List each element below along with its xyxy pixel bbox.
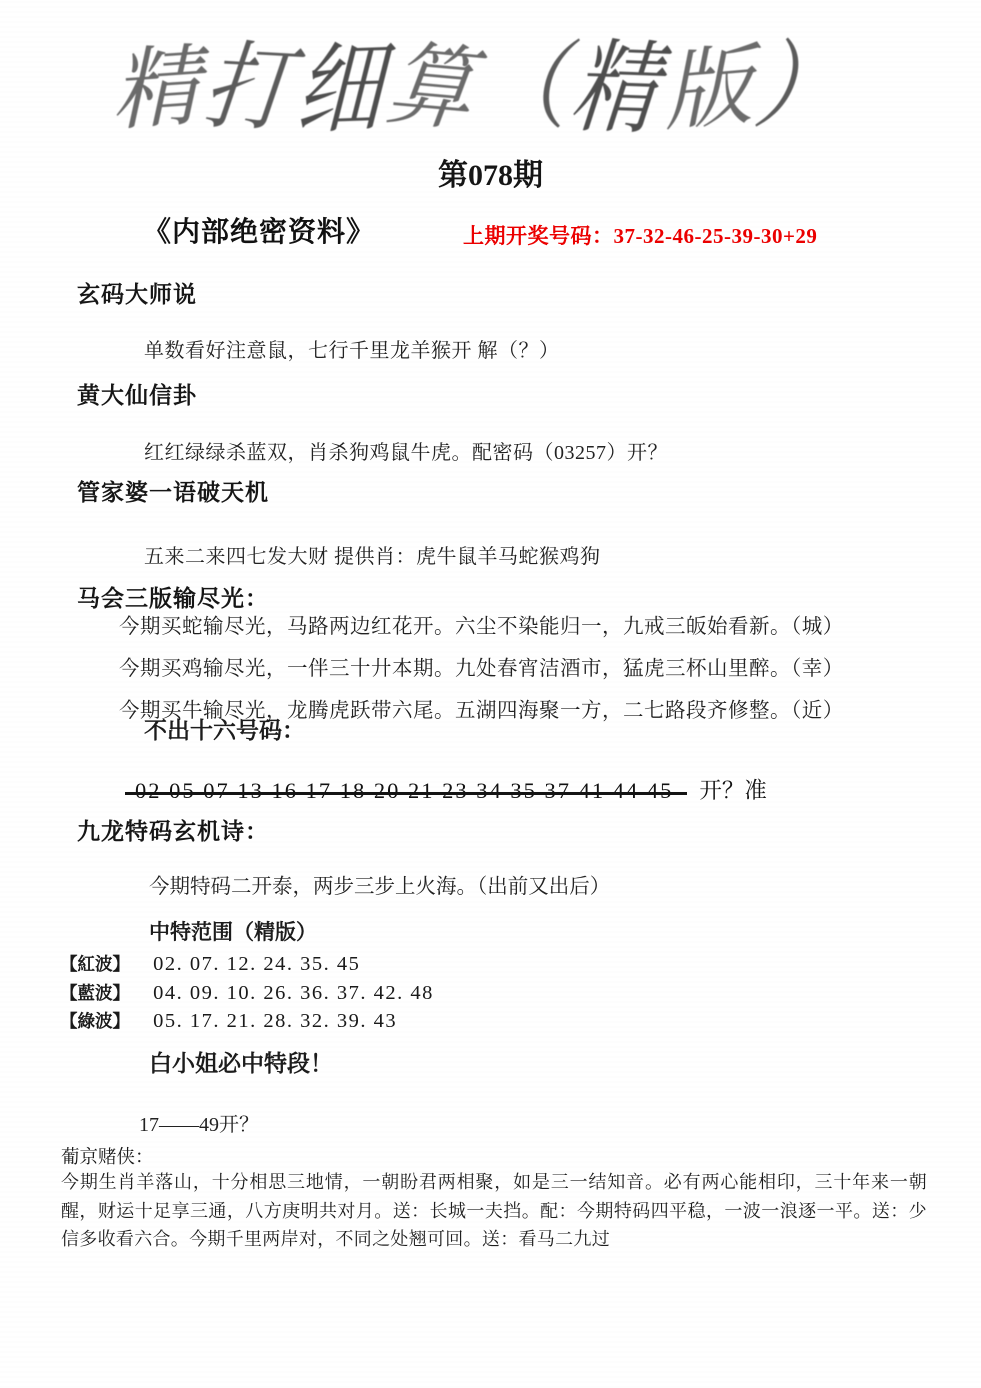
wave-numbers-red: 02. 07. 12. 24. 35. 45 xyxy=(153,953,360,975)
wave-numbers-blue: 04. 09. 10. 26. 36. 37. 42. 48 xyxy=(153,982,434,1004)
wave-label-blue: 【藍波】 xyxy=(60,979,148,1008)
wave-number-list: 【紅波】 02. 07. 12. 24. 35. 45 【藍波】 04. 09.… xyxy=(60,950,434,1036)
wave-row-blue: 【藍波】 04. 09. 10. 26. 36. 37. 42. 48 xyxy=(60,979,434,1008)
last-draw-numbers: 上期开奖号码：37-32-46-25-39-30+29 xyxy=(463,220,817,250)
section-heading-huangdaxian: 黄大仙信卦 xyxy=(77,377,197,410)
zhongte-range-heading: 中特范围（精版） xyxy=(149,916,317,946)
section-body-xuanma: 单数看好注意鼠，七行千里龙羊猴开 解（？） xyxy=(144,334,560,363)
section-body-guanjiapo: 五来二来四七发大财 提供肖：虎牛鼠羊马蛇猴鸡狗 xyxy=(144,540,601,569)
section-heading-jiulong: 九龙特码玄机诗： xyxy=(77,813,269,846)
wave-label-red: 【紅波】 xyxy=(60,950,148,979)
mahui-line-snake: 今期买蛇输尽光，马路两边红花开。六尘不染能归一，九戒三皈始看新。（城） xyxy=(119,606,844,648)
baixiaojie-range: 17——49开？ xyxy=(139,1108,259,1137)
mahui-line-rooster: 今期买鸡输尽光，一伴三十廾本期。九处春宵洁酒市，猛虎三杯山里醉。（幸） xyxy=(119,648,844,690)
wave-numbers-green: 05. 17. 21. 28. 32. 39. 43 xyxy=(153,1010,397,1032)
section-heading-xuanma: 玄码大师说 xyxy=(77,276,197,309)
section-body-huangdaxian: 红红绿绿杀蓝双，肖杀狗鸡鼠牛虎。配密码（03257）开？ xyxy=(144,436,668,465)
pujing-paragraph: 今期生肖羊落山，十分相思三地情，一朝盼君两相聚，如是三一结知音。必有两心能相印，… xyxy=(61,1168,927,1254)
excluded-numbers-strikethrough: 02 05 07 13 16 17 18 20 21 23 34 35 37 4… xyxy=(135,778,673,804)
pujing-heading: 葡京赌侠： xyxy=(61,1143,154,1169)
baixiaojie-heading: 白小姐必中特段！ xyxy=(149,1045,333,1078)
excluded-numbers-row: 02 05 07 13 16 17 18 20 21 23 34 35 37 4… xyxy=(135,773,767,805)
wave-row-red: 【紅波】 02. 07. 12. 24. 35. 45 xyxy=(60,950,434,979)
doc-label: 《内部绝密资料》 xyxy=(143,210,375,250)
wave-label-green: 【綠波】 xyxy=(60,1007,148,1036)
jiulong-poem: 今期特码二开泰，两步三步上火海。（出前又出后） xyxy=(149,869,610,899)
verdict-text: 开？准 xyxy=(699,773,767,805)
masthead-title: 精打细算（精版） xyxy=(120,18,860,158)
section-heading-sixteen: 不出十六号码： xyxy=(144,712,305,745)
issue-number: 第078期 xyxy=(0,150,981,194)
scanned-lottery-sheet: 精打细算（精版） 第078期 《内部绝密资料》 上期开奖号码：37-32-46-… xyxy=(0,0,981,1388)
wave-row-green: 【綠波】 05. 17. 21. 28. 32. 39. 43 xyxy=(60,1007,434,1036)
section-heading-guanjiapo: 管家婆一语破天机 xyxy=(77,474,269,507)
